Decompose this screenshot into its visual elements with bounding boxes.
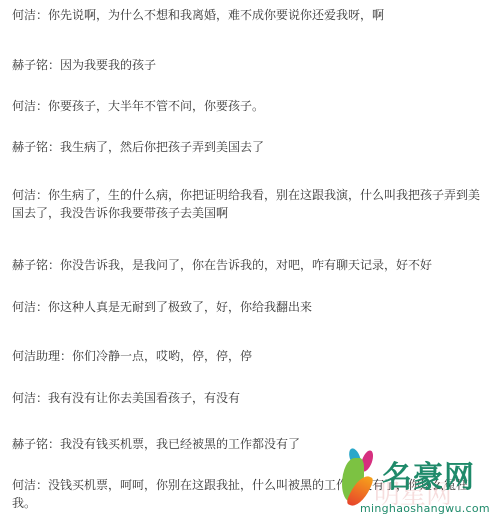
transcript-line: 何洁：你生病了，生的什么病，你把证明给我看，别在这跟我演，什么叫我把孩子弄到美国… (12, 186, 482, 222)
transcript-line: 何洁助理：你们冷静一点，哎哟，停，停，停 (12, 347, 492, 365)
watermark-url: minghaoshangwu.com (360, 502, 490, 515)
transcript-line: 赫子铭：因为我要我的孩子 (12, 56, 492, 74)
watermark-title: 名豪网 (382, 452, 475, 496)
transcript-line: 赫子铭：你没告诉我，是我问了，你在告诉我的，对吧，咋有聊天记录，好不好 (12, 256, 492, 274)
transcript-line: 何洁：你先说啊，为什么不想和我离婚，难不成你要说你还爱我呀，啊 (12, 6, 492, 24)
transcript-line: 何洁：你要孩子，大半年不管不问，你要孩子。 (12, 97, 492, 115)
transcript-line: 何洁：我有没有让你去美国看孩子，有没有 (12, 389, 492, 407)
transcript-line: 赫子铭：我生病了，然后你把孩子弄到美国去了 (12, 138, 492, 156)
transcript-line: 何洁：你这种人真是无耐到了极致了，好，你给我翻出来 (12, 298, 492, 316)
site-watermark: 明星网 名豪网 minghaoshangwu.com (330, 444, 500, 520)
